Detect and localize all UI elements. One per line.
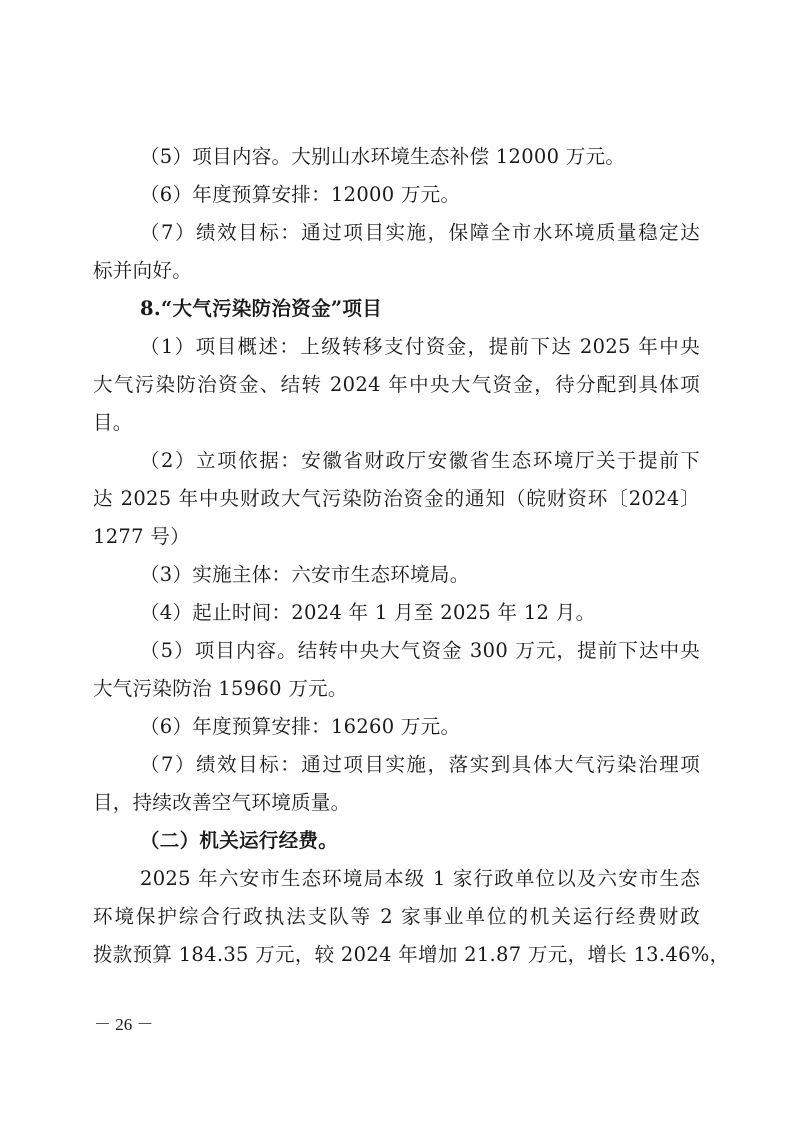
- text-line: 目。: [93, 411, 133, 435]
- page-number: － 26 －: [94, 1010, 154, 1035]
- text-line: 大气污染防治资金、结转 2024 年中央大气资金，待分配到具体项: [93, 373, 700, 397]
- text-line: 目，持续改善空气环境质量。: [93, 791, 350, 815]
- text-line: 标并向好。: [93, 259, 192, 283]
- text-line: 达 2025 年中央财政大气污染防治资金的通知（皖财资环〔2024〕: [93, 487, 700, 511]
- text-line: （4）起止时间：2024 年 1 月至 2025 年 12 月。: [140, 601, 595, 625]
- section-heading: 8.“大气污染防治资金”项目: [140, 297, 382, 321]
- text-line: （3）实施主体：六安市生态环境局。: [140, 563, 470, 587]
- text-line: （5）项目内容。结转中央大气资金 300 万元，提前下达中央: [140, 639, 700, 663]
- text-line: （5）项目内容。大别山水环境生态补偿 12000 万元。: [140, 145, 625, 169]
- text-line: （6）年度预算安排：12000 万元。: [140, 183, 460, 207]
- text-line: 拨款预算 184.35 万元，较 2024 年增加 21.87 万元，增长 13…: [93, 943, 700, 967]
- text-line: 2025 年六安市生态环境局本级 1 家行政单位以及六安市生态: [140, 867, 700, 891]
- text-line: 环境保护综合行政执法支队等 2 家事业单位的机关运行经费财政: [93, 905, 700, 929]
- text-line: （1）项目概述：上级转移支付资金，提前下达 2025 年中央: [140, 335, 700, 359]
- section-heading: （二）机关运行经费。: [140, 829, 338, 853]
- text-line: （6）年度预算安排：16260 万元。: [140, 715, 460, 739]
- document-page: （5）项目内容。大别山水环境生态补偿 12000 万元。（6）年度预算安排：12…: [0, 0, 793, 1122]
- text-line: 大气污染防治 15960 万元。: [93, 677, 348, 701]
- text-line: 1277 号）: [93, 525, 190, 549]
- text-line: （2）立项依据：安徽省财政厅安徽省生态环境厅关于提前下: [140, 449, 700, 473]
- text-line: （7）绩效目标：通过项目实施，保障全市水环境质量稳定达: [140, 221, 700, 245]
- text-line: （7）绩效目标：通过项目实施，落实到具体大气污染治理项: [140, 753, 700, 777]
